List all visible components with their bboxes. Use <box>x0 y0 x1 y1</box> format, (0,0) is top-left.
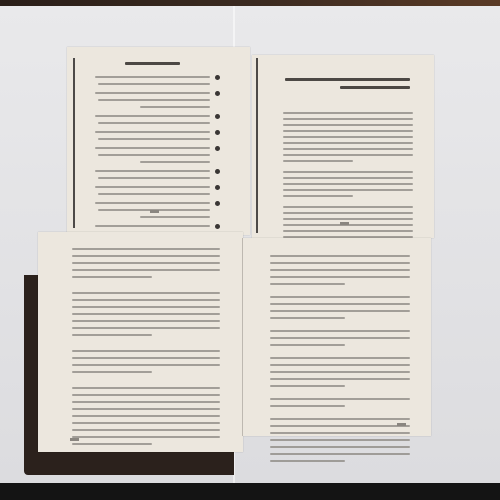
text-line <box>95 92 210 94</box>
text-line <box>270 405 345 407</box>
bullet-icon <box>215 201 220 206</box>
text-line <box>270 337 410 339</box>
text-line <box>72 327 220 329</box>
text-line <box>270 432 410 434</box>
page-number <box>340 222 349 225</box>
page-number <box>397 423 406 426</box>
text-line <box>72 350 220 352</box>
text-line <box>72 422 220 424</box>
text-line <box>98 138 210 140</box>
text-line <box>98 99 210 101</box>
text-line <box>270 378 410 380</box>
text-line <box>98 83 210 85</box>
text-line <box>95 131 210 133</box>
text-line <box>72 334 152 336</box>
text-line <box>283 154 413 156</box>
top-booklet-right-page <box>252 55 434 238</box>
text-line <box>283 206 413 208</box>
text-line <box>283 212 413 214</box>
text-line <box>270 255 410 257</box>
text-line <box>72 255 220 257</box>
text-line <box>72 357 220 359</box>
text-line <box>270 283 345 285</box>
text-line <box>283 171 413 173</box>
text-line <box>72 371 152 373</box>
bottom-booklet-left-page <box>38 232 243 452</box>
dark-border-bottom <box>0 483 500 500</box>
text-line <box>270 425 410 427</box>
text-line <box>283 230 413 232</box>
text-line <box>270 453 410 455</box>
text-line <box>270 303 410 305</box>
bullet-icon <box>215 75 220 80</box>
bullet-icon <box>215 185 220 190</box>
bullet-icon <box>215 224 220 229</box>
text-line <box>270 439 410 441</box>
text-line <box>270 364 410 366</box>
text-line <box>270 398 410 400</box>
text-line <box>72 443 152 445</box>
top-booklet-spine-right <box>256 58 258 233</box>
text-line <box>270 276 410 278</box>
text-line <box>72 436 220 438</box>
text-line <box>95 76 210 78</box>
text-line <box>72 299 220 301</box>
text-line <box>270 371 410 373</box>
text-line <box>270 296 410 298</box>
page-heading <box>285 78 410 81</box>
text-line <box>283 142 413 144</box>
text-line <box>283 160 353 162</box>
bullet-icon <box>215 169 220 174</box>
text-line <box>95 115 210 117</box>
text-line <box>140 216 210 218</box>
page-number <box>150 210 159 213</box>
text-line <box>283 124 413 126</box>
text-line <box>95 147 210 149</box>
text-line <box>72 401 220 403</box>
text-line <box>95 170 210 172</box>
text-line <box>72 306 220 308</box>
top-booklet-spine-left <box>73 58 75 228</box>
text-line <box>270 317 345 319</box>
text-line <box>98 193 210 195</box>
text-line <box>95 225 210 227</box>
text-line <box>270 310 410 312</box>
text-line <box>283 195 353 197</box>
text-line <box>270 344 345 346</box>
bullet-icon <box>215 130 220 135</box>
bottom-booklet-spine <box>242 238 243 436</box>
text-line <box>72 262 220 264</box>
text-line <box>72 387 220 389</box>
text-line <box>140 161 210 163</box>
bullet-icon <box>215 146 220 151</box>
text-line <box>270 446 410 448</box>
text-line <box>72 394 220 396</box>
text-line <box>283 118 413 120</box>
text-line <box>270 262 410 264</box>
text-line <box>98 177 210 179</box>
text-line <box>270 330 410 332</box>
text-line <box>72 313 220 315</box>
text-line <box>72 415 220 417</box>
text-line <box>283 136 413 138</box>
text-line <box>283 177 413 179</box>
text-line <box>270 418 410 420</box>
text-line <box>98 154 210 156</box>
text-line <box>72 248 220 250</box>
text-line <box>72 429 220 431</box>
page-number <box>70 438 79 441</box>
text-line <box>140 106 210 108</box>
text-line <box>270 385 345 387</box>
text-line <box>72 364 220 366</box>
text-line <box>95 202 210 204</box>
text-line <box>283 218 413 220</box>
bullet-icon <box>215 114 220 119</box>
text-line <box>283 130 413 132</box>
text-line <box>72 408 220 410</box>
text-line <box>283 112 413 114</box>
text-line <box>72 269 220 271</box>
text-line <box>283 148 413 150</box>
text-line <box>283 183 413 185</box>
bullet-icon <box>215 91 220 96</box>
text-line <box>270 269 410 271</box>
page-heading <box>125 62 180 65</box>
text-line <box>270 357 410 359</box>
text-line <box>98 122 210 124</box>
page-heading <box>340 86 410 89</box>
text-line <box>72 320 220 322</box>
text-line <box>95 186 210 188</box>
text-line <box>283 189 413 191</box>
text-line <box>72 276 152 278</box>
text-line <box>270 460 345 462</box>
text-line <box>72 292 220 294</box>
